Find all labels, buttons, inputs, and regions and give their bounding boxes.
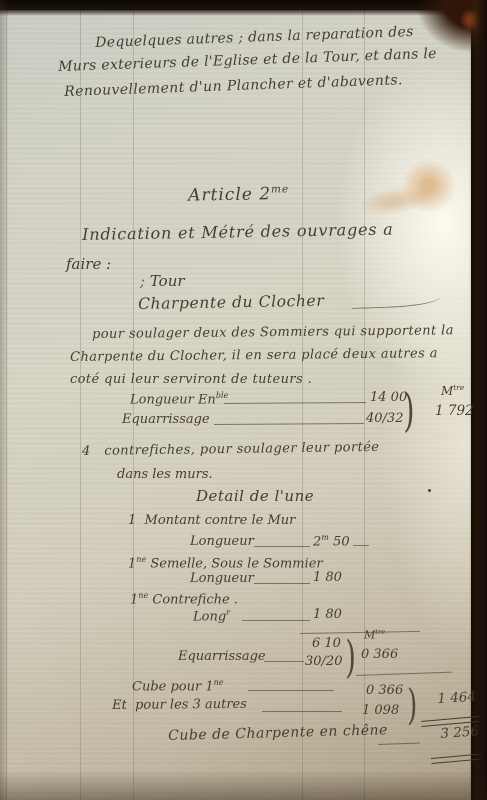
item-sup: ne — [138, 591, 148, 600]
unit-sup: tre — [453, 383, 464, 392]
detail-item3-value: 1 80 — [313, 608, 342, 622]
fold-line — [302, 10, 303, 800]
unit-sup: tre — [375, 628, 385, 636]
autres-value: 1 098 — [362, 704, 399, 718]
cube-text: Cube pour 1 — [132, 679, 214, 694]
trailing-dash — [353, 545, 369, 546]
calc-unit-value: 0 366 — [361, 648, 398, 662]
calc-brace: ) — [345, 632, 356, 683]
detail-item3-title: 1ne Contrefiche . — [130, 592, 238, 608]
measure-brace: ) — [403, 383, 414, 437]
clocher-para-3: coté qui leur serviront de tuteurs . — [70, 373, 312, 387]
dim-text: Long — [193, 609, 226, 624]
detail-item2-title: 1ne Semelle, Sous le Sommier — [128, 556, 323, 572]
measure-row2-value: 40/32 — [366, 412, 403, 426]
leader-line — [254, 583, 310, 584]
autres-label: Et pour les 3 autres — [112, 698, 247, 713]
leader-line — [248, 690, 334, 691]
fold-line — [364, 10, 365, 800]
measure-row1-sup: ble — [216, 391, 229, 400]
detail-item1-value: 2m 50 — [313, 534, 350, 550]
dim-sup: r — [226, 608, 230, 617]
unit-letter: M — [441, 384, 453, 398]
cube-sup: ne — [214, 678, 224, 687]
cube-label: Cube pour 1ne — [132, 679, 224, 695]
measure-row1-text: Longueur En — [130, 392, 216, 407]
item-text: Contrefiche . — [148, 592, 238, 607]
item-text: Semelle, Sous le Sommier — [146, 556, 322, 571]
section-tour: ; Tour — [140, 273, 185, 290]
measure-row2-label: Equarrissage — [122, 413, 210, 427]
detail-item1-title: 1 Montant contre le Mur — [128, 514, 295, 528]
calc-unit: Mtre — [364, 629, 385, 642]
calc-stack-bottom: 30/20 — [305, 655, 342, 669]
article-title: Article 2me — [188, 184, 289, 205]
page-left-shadow — [0, 0, 9, 800]
book-edge-right — [469, 0, 487, 800]
detail-item2-dim: Longueur — [190, 572, 254, 586]
measure-row1-value: 14 00 — [370, 391, 407, 405]
calc-label: Equarrissage — [178, 650, 266, 664]
detail-item1-dim: Longueur — [190, 535, 254, 549]
measure-row1-label: Longueur Enble — [130, 392, 228, 408]
subtotal-brace: ) — [407, 680, 417, 729]
section-line-2: faire : — [66, 256, 111, 273]
article-title-sup: me — [271, 183, 289, 195]
detail-item2-value: 1 80 — [313, 571, 342, 585]
unit-letter: M — [364, 629, 375, 642]
measure-unit: Mtre — [441, 384, 464, 398]
calc-stack-top: 6 10 — [312, 637, 341, 651]
detail-heading: Detail de l'une — [196, 488, 314, 505]
leader-line — [242, 620, 310, 621]
book-edge-top — [0, 0, 487, 16]
ink-dot — [428, 489, 431, 492]
fold-line — [80, 10, 81, 800]
article-title-text: Article 2 — [188, 184, 271, 205]
leader-line — [264, 661, 304, 662]
clocher-heading: Charpente du Clocher — [138, 293, 324, 313]
detail-item3-dim: Longr — [193, 609, 230, 625]
tour-prefix: ; — [140, 272, 150, 290]
measure-result: 1 792 — [435, 404, 474, 419]
contrefiches-line-2: dans les murs. — [117, 468, 213, 482]
manuscript-scan: Dequelques autres ; dans la reparation d… — [0, 0, 487, 800]
page-bottom-shadow — [0, 770, 487, 800]
tour-label: Tour — [150, 272, 185, 290]
val-sup: m — [321, 533, 329, 542]
item-sup: ne — [136, 555, 146, 564]
val-rest: 50 — [329, 534, 350, 549]
leader-line — [254, 546, 310, 547]
cube-value: 0 366 — [366, 684, 403, 698]
leader-line — [262, 711, 342, 712]
